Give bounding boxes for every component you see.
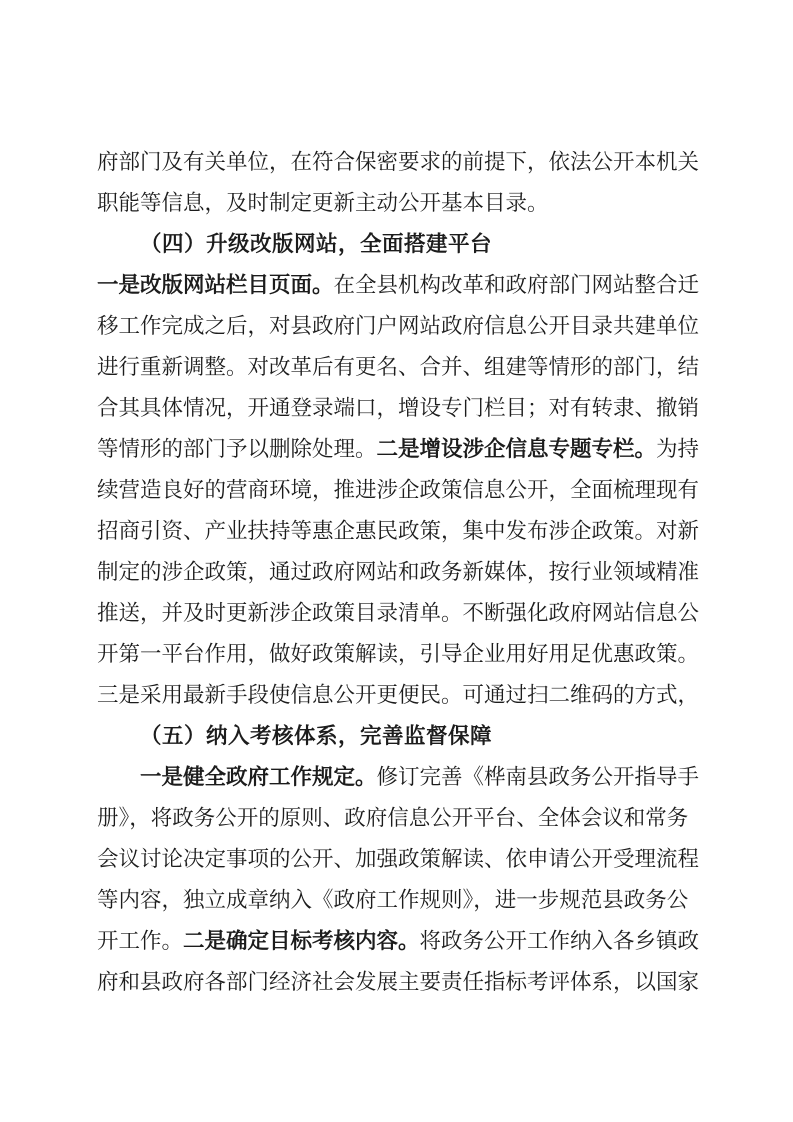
text-run: 推送，并及时更新涉企政策目录清单。不断强化政府网站信息公: [97, 601, 699, 625]
text-line: 册》，将政务公开的原则、政府信息公开平台、全体会议和常务: [97, 798, 707, 839]
text-line: 招商引资、产业扶持等惠企惠民政策，集中发布涉企政策。对新: [97, 511, 707, 552]
text-line: 合其具体情况，开通登录端口，增设专门栏目；对有转隶、撤销: [97, 388, 707, 429]
text-line: 一是改版网站栏目页面。在全县机构改革和政府部门网站整合迁: [97, 265, 707, 306]
document-page: 府部门及有关单位，在符合保密要求的前提下，依法公开本机关职能等信息，及时制定更新…: [0, 0, 793, 1122]
text-line: 府和县政府各部门经济社会发展主要责任指标考评体系，以国家: [97, 962, 707, 1003]
text-line: 会议讨论决定事项的公开、加强政策解读、依申请公开受理流程: [97, 839, 707, 880]
text-line: 移工作完成之后，对县政府门户网站政府信息公开目录共建单位: [97, 306, 707, 347]
text-line: 开第一平台作用，做好政策解读，引导企业用好用足优惠政策。: [97, 634, 707, 675]
text-run: 在全县机构改革和政府部门网站整合迁: [334, 273, 700, 297]
bold-text-run: （五）纳入考核体系，完善监督保障: [140, 724, 492, 748]
text-line: 一是健全政府工作规定。修订完善《桦南县政务公开指导手: [97, 757, 707, 798]
text-run: 册》，将政务公开的原则、政府信息公开平台、全体会议和常务: [97, 806, 688, 830]
text-line: 三是采用最新手段使信息公开更便民。可通过扫二维码的方式，: [97, 675, 707, 716]
text-run: 修订完善《桦南县政务公开指导手: [377, 765, 700, 789]
text-run: 移工作完成之后，对县政府门户网站政府信息公开目录共建单位: [97, 314, 699, 338]
text-run: 续营造良好的营商环境，推进涉企政策信息公开，全面梳理现有: [97, 478, 699, 502]
text-run: 将政务公开工作纳入各乡镇政: [420, 929, 700, 953]
text-run: 制定的涉企政策，通过政府网站和政务新媒体，按行业领域精准: [97, 560, 699, 584]
text-run: 为持: [656, 437, 699, 461]
bold-text-run: 二是增设涉企信息专题专栏。: [377, 437, 657, 461]
text-run: 府部门及有关单位，在符合保密要求的前提下，依法公开本机关: [97, 150, 699, 174]
text-run: 进行重新调整。对改革后有更名、合并、组建等情形的部门，结: [97, 355, 699, 379]
document-body: 府部门及有关单位，在符合保密要求的前提下，依法公开本机关职能等信息，及时制定更新…: [97, 142, 707, 1003]
text-run: 开工作。: [97, 929, 183, 953]
text-run: 府和县政府各部门经济社会发展主要责任指标考评体系，以国家: [97, 970, 699, 994]
section-heading: （五）纳入考核体系，完善监督保障: [97, 716, 707, 757]
text-line: 推送，并及时更新涉企政策目录清单。不断强化政府网站信息公: [97, 593, 707, 634]
text-line: 开工作。二是确定目标考核内容。将政务公开工作纳入各乡镇政: [97, 921, 707, 962]
bold-text-run: 一是健全政府工作规定。: [140, 765, 377, 789]
text-run: 三是采用最新手段使信息公开更便民。可通过扫二维码的方式，: [97, 683, 699, 707]
text-line: 府部门及有关单位，在符合保密要求的前提下，依法公开本机关: [97, 142, 707, 183]
bold-text-run: 二是确定目标考核内容。: [183, 929, 420, 953]
text-run: 等内容，独立成章纳入《政府工作规则》，进一步规范县政务公: [97, 888, 688, 912]
bold-text-run: 一是改版网站栏目页面。: [97, 273, 334, 297]
text-line: 等情形的部门予以删除处理。二是增设涉企信息专题专栏。为持: [97, 429, 707, 470]
bold-text-run: （四）升级改版网站，全面搭建平台: [140, 232, 492, 256]
text-run: 开第一平台作用，做好政策解读，引导企业用好用足优惠政策。: [97, 642, 699, 666]
text-line: 续营造良好的营商环境，推进涉企政策信息公开，全面梳理现有: [97, 470, 707, 511]
text-run: 合其具体情况，开通登录端口，增设专门栏目；对有转隶、撤销: [97, 396, 699, 420]
section-heading: （四）升级改版网站，全面搭建平台: [97, 224, 707, 265]
text-line: 等内容，独立成章纳入《政府工作规则》，进一步规范县政务公: [97, 880, 707, 921]
text-line: 进行重新调整。对改革后有更名、合并、组建等情形的部门，结: [97, 347, 707, 388]
text-line: 职能等信息，及时制定更新主动公开基本目录。: [97, 183, 707, 224]
text-run: 会议讨论决定事项的公开、加强政策解读、依申请公开受理流程: [97, 847, 699, 871]
text-line: 制定的涉企政策，通过政府网站和政务新媒体，按行业领域精准: [97, 552, 707, 593]
text-run: 等情形的部门予以删除处理。: [97, 437, 377, 461]
text-run: 职能等信息，及时制定更新主动公开基本目录。: [97, 191, 549, 215]
text-run: 招商引资、产业扶持等惠企惠民政策，集中发布涉企政策。对新: [97, 519, 699, 543]
